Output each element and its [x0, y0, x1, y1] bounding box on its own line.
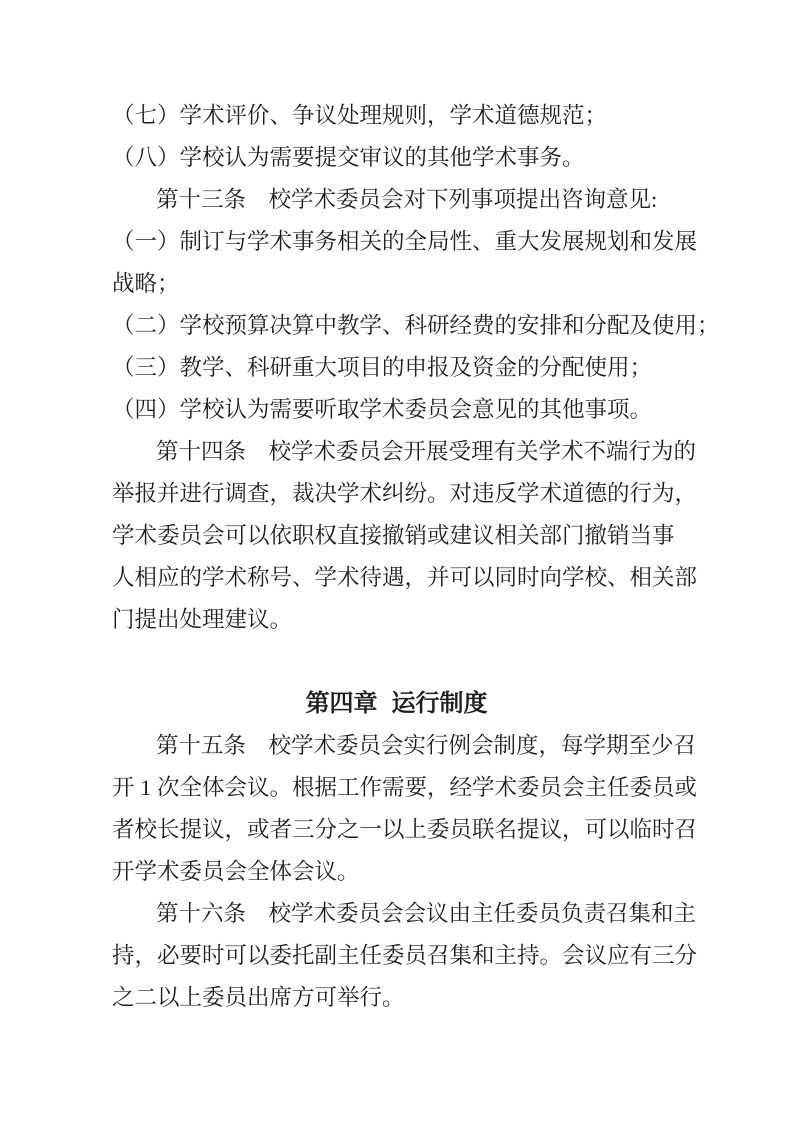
document-line: 第十四条 校学术委员会开展受理有关学术不端行为的: [112, 431, 730, 473]
text-block: （七）学术评价、争议处理规则，学术道德规范；（八）学校认为需要提交审议的其他学术…: [112, 95, 730, 1019]
document-line: （二）学校预算决算中教学、科研经费的安排和分配及使用；: [112, 305, 730, 347]
document-line: 学术委员会可以依职权直接撤销或建议相关部门撤销当事: [112, 515, 730, 557]
document-line: （八）学校认为需要提交审议的其他学术事务。: [112, 137, 730, 179]
document-line: 开 1 次全体会议。根据工作需要，经学术委员会主任委员或: [112, 767, 730, 809]
document-line: （四）学校认为需要听取学术委员会意见的其他事项。: [112, 389, 730, 431]
document-line: 人相应的学术称号、学术待遇，并可以同时向学校、相关部: [112, 557, 730, 599]
document-line: 持，必要时可以委托副主任委员召集和主持。会议应有三分: [112, 935, 730, 977]
document-line: 开学术委员会全体会议。: [112, 851, 730, 893]
document-line: （三）教学、科研重大项目的申报及资金的分配使用；: [112, 347, 730, 389]
document-line: 举报并进行调查，裁决学术纠纷。对违反学术道德的行为，: [112, 473, 730, 515]
document-line: 之二以上委员出席方可举行。: [112, 977, 730, 1019]
document-line: 战略；: [112, 263, 730, 305]
document-line: 第十五条 校学术委员会实行例会制度，每学期至少召: [112, 725, 730, 767]
document-line: （七）学术评价、争议处理规则，学术道德规范；: [112, 95, 730, 137]
blank-line: [112, 641, 730, 683]
document-line: （一）制订与学术事务相关的全局性、重大发展规划和发展: [112, 221, 730, 263]
document-page: （七）学术评价、争议处理规则，学术道德规范；（八）学校认为需要提交审议的其他学术…: [0, 0, 793, 1122]
document-line: 者校长提议，或者三分之一以上委员联名提议，可以临时召: [112, 809, 730, 851]
document-line: 第十六条 校学术委员会会议由主任委员负责召集和主: [112, 893, 730, 935]
chapter-heading: 第四章 运行制度: [0, 683, 793, 725]
document-line: 第十三条 校学术委员会对下列事项提出咨询意见:: [112, 179, 730, 221]
document-line: 门提出处理建议。: [112, 599, 730, 641]
